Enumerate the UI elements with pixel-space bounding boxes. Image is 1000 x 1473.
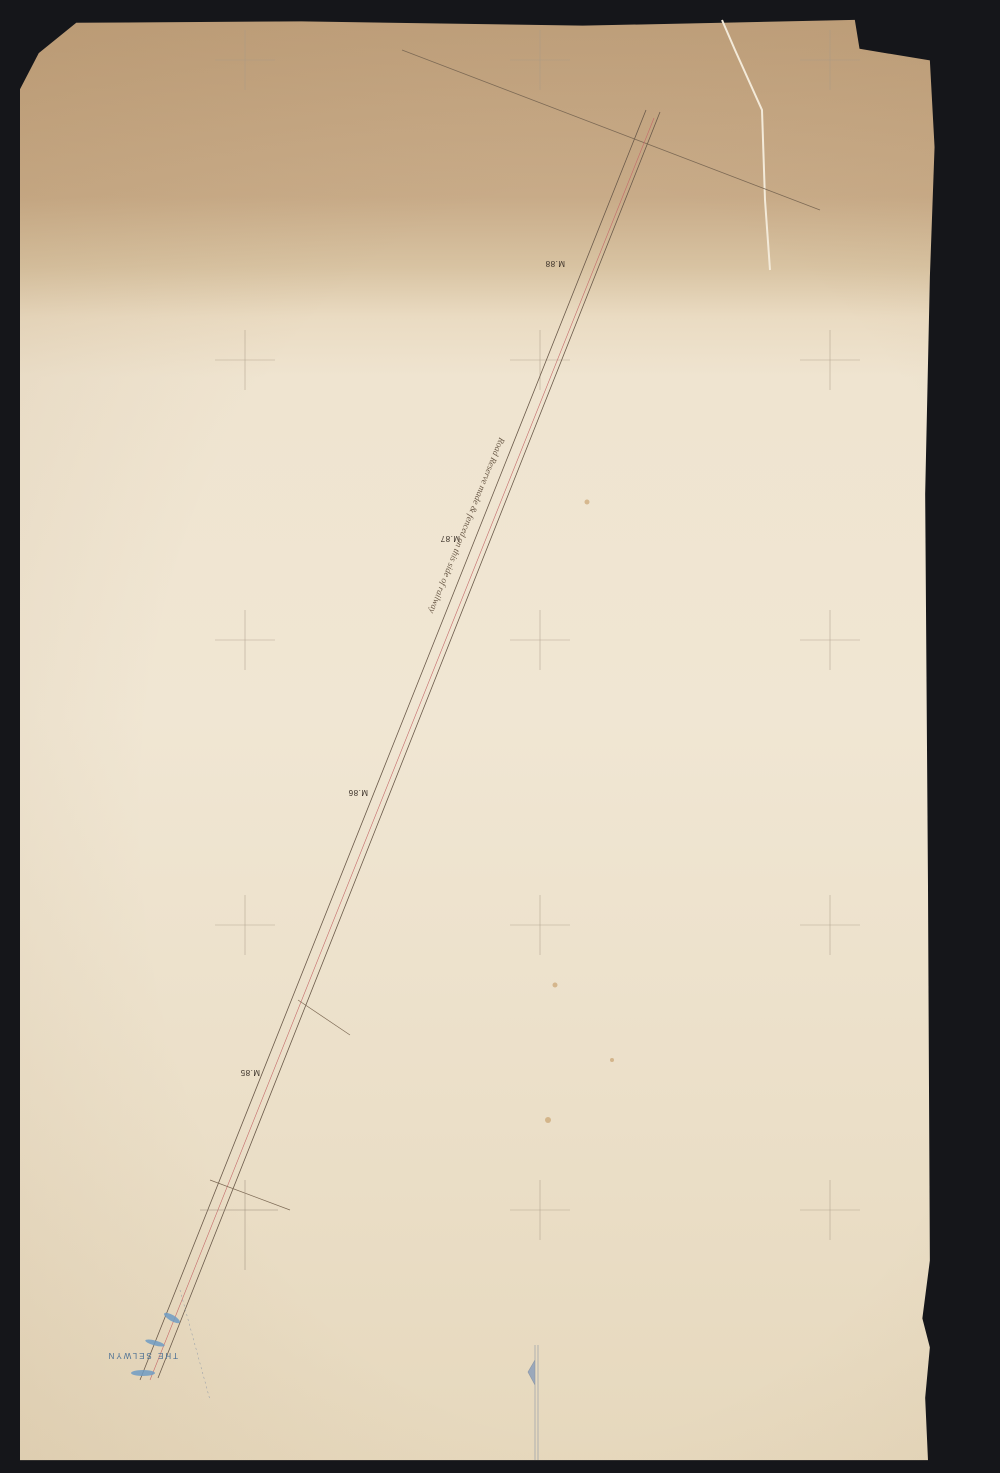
crossing-road: [402, 50, 820, 210]
mile-marker-86: M.86: [348, 788, 368, 797]
section-profile: [528, 1345, 538, 1460]
grid-crosses: [215, 30, 860, 1240]
place-label-selwyn: THE SELWYN: [107, 1351, 178, 1360]
survey-map-drawing: [0, 0, 1000, 1473]
mile-marker-88: M.88: [545, 259, 565, 268]
selwyn-river: [131, 1311, 181, 1376]
paper-crease: [722, 20, 770, 270]
mile-marker-85: M.85: [240, 1068, 260, 1077]
railway-alignment: [140, 110, 660, 1380]
